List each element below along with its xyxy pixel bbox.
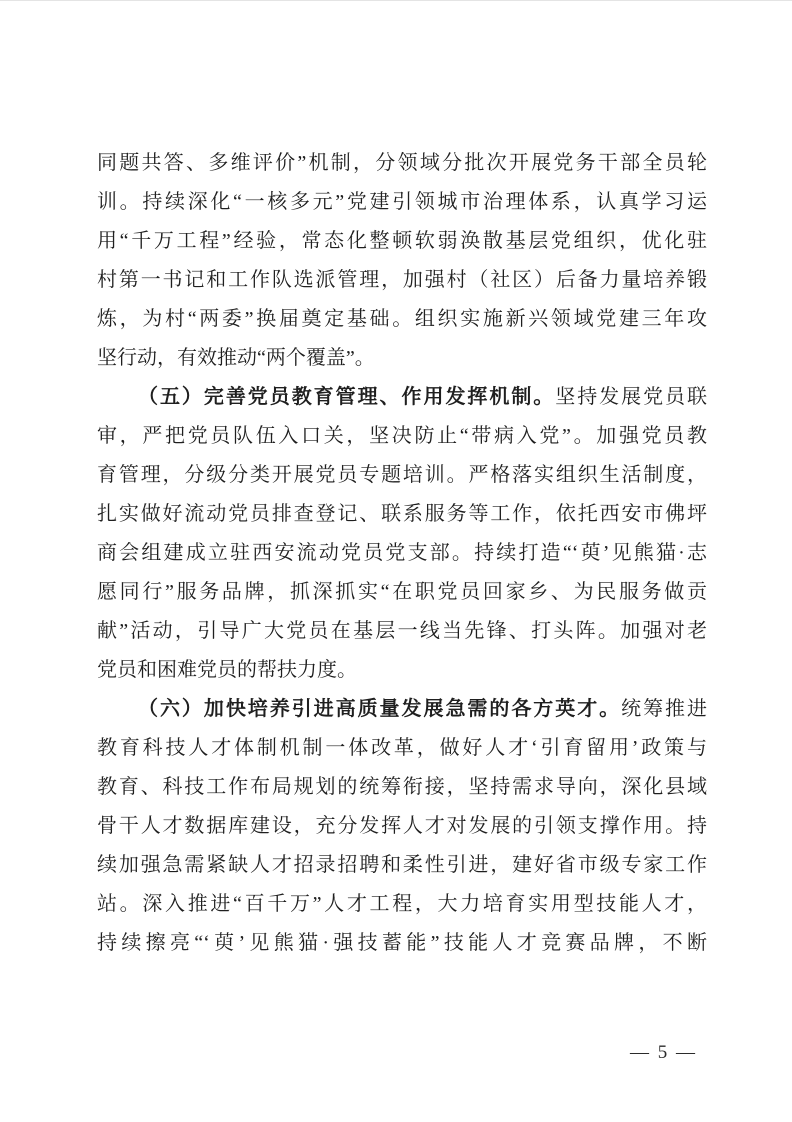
body-text: 献”活动，引导广大党员在基层一线当先锋、打头阵。加强对老 xyxy=(97,620,707,642)
document-page: 同题共答、多维评价”机制，分领域分批次开展党务干部全员轮 训。持续深化“一核多元… xyxy=(0,0,792,1122)
body-line: 同题共答、多维评价”机制，分领域分批次开展党务干部全员轮 xyxy=(97,144,707,183)
body-line: 村第一书记和工作队选派管理，加强村（社区）后备力量培养锻 xyxy=(97,261,707,300)
body-line: 愿同行”服务品牌，抓深抓实“在职党员回家乡、为民服务做贡 xyxy=(97,573,707,612)
body-line: 坚行动，有效推动“两个覆盖”。 xyxy=(97,339,707,378)
body-line: 教育科技人才体制机制一体改革，做好人才‘引育留用’政策与 xyxy=(97,729,707,768)
body-text: 续加强急需紧缺人才招录招聘和柔性引进，建好省市级专家工作 xyxy=(97,854,707,876)
body-line: 持续擦亮“‘萸’见熊猫·强技蓄能”技能人才竞赛品牌，不断 xyxy=(97,924,707,963)
section-heading: （五）完善党员教育管理、作用发挥机制。 xyxy=(138,386,555,408)
body-line: 商会组建成立驻西安流动党员党支部。持续打造“‘萸’见熊猫·志 xyxy=(97,534,707,573)
body-text: 育管理，分级分类开展党员专题培训。严格落实组织生活制度， xyxy=(97,464,707,486)
body-text: 用“千万工程”经验，常态化整顿软弱涣散基层党组织，优化驻 xyxy=(97,230,707,252)
body-line: 站。深入推进“百千万”人才工程，大力培育实用型技能人才， xyxy=(97,885,707,924)
body-text: 训。持续深化“一核多元”党建引领城市治理体系，认真学习运 xyxy=(97,191,707,213)
body-text: 骨干人才数据库建设，充分发挥人才对发展的引领支撑作用。持 xyxy=(97,815,707,837)
page-number: — 5 — xyxy=(630,1041,697,1065)
body-text: 站。深入推进“百千万”人才工程，大力培育实用型技能人才， xyxy=(97,893,707,915)
body-text: 审，严把党员队伍入口关，坚决防止“带病入党”。加强党员教 xyxy=(97,425,707,447)
body-line: 育管理，分级分类开展党员专题培训。严格落实组织生活制度， xyxy=(97,456,707,495)
body-line: 骨干人才数据库建设，充分发挥人才对发展的引领支撑作用。持 xyxy=(97,807,707,846)
body-line: 训。持续深化“一核多元”党建引领城市治理体系，认真学习运 xyxy=(97,183,707,222)
body-text: 扎实做好流动党员排查登记、联系服务等工作，依托西安市佛坪 xyxy=(97,503,707,525)
body-line: 教育、科技工作布局规划的统筹衔接，坚持需求导向，深化县域 xyxy=(97,768,707,807)
body-line: 续加强急需紧缺人才招录招聘和柔性引进，建好省市级专家工作 xyxy=(97,846,707,885)
body-line: 扎实做好流动党员排查登记、联系服务等工作，依托西安市佛坪 xyxy=(97,495,707,534)
document-body: 同题共答、多维评价”机制，分领域分批次开展党务干部全员轮 训。持续深化“一核多元… xyxy=(97,144,707,963)
body-text: 愿同行”服务品牌，抓深抓实“在职党员回家乡、为民服务做贡 xyxy=(97,581,707,603)
body-text: 持续擦亮“‘萸’见熊猫·强技蓄能”技能人才竞赛品牌，不断 xyxy=(97,932,707,954)
body-line: 党员和困难党员的帮扶力度。 xyxy=(97,651,707,690)
body-text: 党员和困难党员的帮扶力度。 xyxy=(97,659,357,681)
body-text: 统筹推进 xyxy=(621,698,707,720)
body-line: （五）完善党员教育管理、作用发挥机制。坚持发展党员联 xyxy=(97,378,707,417)
body-text: 村第一书记和工作队选派管理，加强村（社区）后备力量培养锻 xyxy=(97,269,707,291)
body-line: 用“千万工程”经验，常态化整顿软弱涣散基层党组织，优化驻 xyxy=(97,222,707,261)
body-text: 坚行动，有效推动“两个覆盖”。 xyxy=(97,347,375,369)
body-line: 审，严把党员队伍入口关，坚决防止“带病入党”。加强党员教 xyxy=(97,417,707,456)
body-text: 坚持发展党员联 xyxy=(555,386,707,408)
section-heading: （六）加快培养引进高质量发展急需的各方英才。 xyxy=(138,698,621,720)
body-text: 商会组建成立驻西安流动党员党支部。持续打造“‘萸’见熊猫·志 xyxy=(97,542,707,564)
body-text: 炼，为村“两委”换届奠定基础。组织实施新兴领域党建三年攻 xyxy=(97,308,707,330)
body-line: （六）加快培养引进高质量发展急需的各方英才。统筹推进 xyxy=(97,690,707,729)
body-text: 教育科技人才体制机制一体改革，做好人才‘引育留用’政策与 xyxy=(97,737,707,759)
body-line: 炼，为村“两委”换届奠定基础。组织实施新兴领域党建三年攻 xyxy=(97,300,707,339)
body-line: 献”活动，引导广大党员在基层一线当先锋、打头阵。加强对老 xyxy=(97,612,707,651)
body-text: 教育、科技工作布局规划的统筹衔接，坚持需求导向，深化县域 xyxy=(97,776,707,798)
body-text: 同题共答、多维评价”机制，分领域分批次开展党务干部全员轮 xyxy=(97,152,707,174)
